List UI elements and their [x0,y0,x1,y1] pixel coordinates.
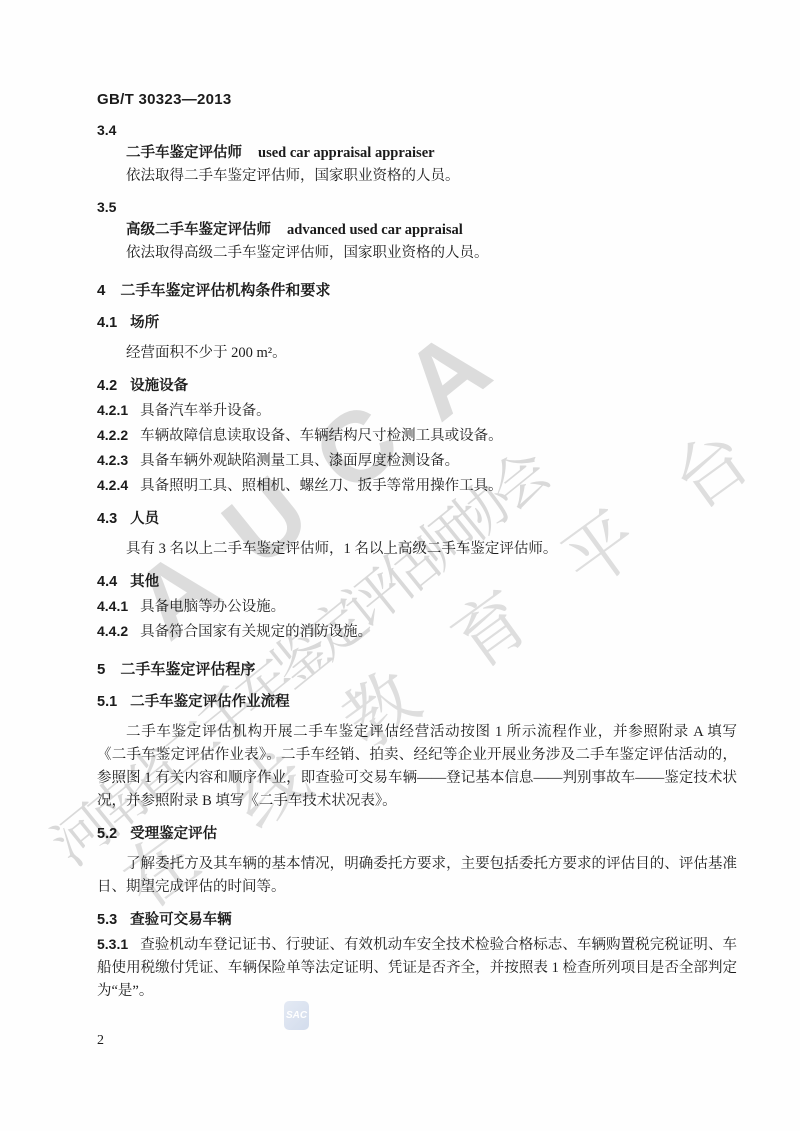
term: 高级二手车鉴定评估师advanced used car appraisal [126,219,737,242]
clause-text: 人员 [130,511,159,527]
clause-text: 具备车辆外观缺陷测量工具、漆面厚度检测设备。 [140,453,459,469]
document-blocks: 3.4二手车鉴定评估师used car appraisal appraiser依… [97,119,737,1003]
document-content: GB/T 30323—2013 3.4二手车鉴定评估师used car appr… [97,88,737,1003]
clause-4.2.3: 4.2.3具备车辆外观缺陷测量工具、漆面厚度检测设备。 [97,449,737,473]
clause-text: 具备照明工具、照相机、螺丝刀、扳手等常用操作工具。 [140,478,503,494]
clause-number: 4.4 [97,574,117,590]
clause-text: 场所 [130,315,159,331]
term: 二手车鉴定评估师used car appraisal appraiser [126,142,737,165]
clause-number: 4.2.1 [97,402,128,418]
clause-number: 3.4 [97,122,116,138]
clause-text: 其他 [130,574,159,590]
clause-text: 受理鉴定评估 [130,826,217,842]
clause-number: 4.4.2 [97,623,128,639]
clause-text: 设施设备 [130,378,188,394]
heading2-4.4: 4.4其他 [97,571,737,594]
paragraph: 二手车鉴定评估机构开展二手车鉴定评估经营活动按图 1 所示流程作业，并参照附录 … [97,721,737,813]
clause-4.2.4: 4.2.4具备照明工具、照相机、螺丝刀、扳手等常用操作工具。 [97,474,737,498]
clause-text: 依法取得二手车鉴定评估师，国家职业资格的人员。 [126,168,460,184]
standard-number-header: GB/T 30323—2013 [97,88,737,111]
clause-number: 4.2.3 [97,452,128,468]
term-en: used car appraisal appraiser [258,145,435,161]
clause-4.4.1: 4.4.1具备电脑等办公设施。 [97,595,737,619]
clause-number: 5.3 [97,912,117,928]
paragraph: 了解委托方及其车辆的基本情况，明确委托方要求，主要包括委托方要求的评估目的、评估… [97,853,737,899]
clause-num-3.4: 3.4 [97,119,737,142]
clause-text: 依法取得高级二手车鉴定评估师，国家职业资格的人员。 [126,245,489,261]
clause-number: 4.4.1 [97,598,128,614]
clause-text: 二手车鉴定评估机构条件和要求 [120,282,330,299]
clause-number: 5 [97,661,105,678]
clause-text: 二手车鉴定评估作业流程 [130,694,290,710]
paragraph: 经营面积不少于 200 m²。 [97,342,737,365]
heading2-4.2: 4.2设施设备 [97,375,737,398]
clause-number: 4.1 [97,315,117,331]
clause-num-3.5: 3.5 [97,196,737,219]
clause-number: 5.3.1 [97,936,128,952]
clause-text: 车辆故障信息读取设备、车辆结构尺寸检测工具或设备。 [140,428,503,444]
clause-text: 二手车鉴定评估机构开展二手车鉴定评估经营活动按图 1 所示流程作业，并参照附录 … [97,724,737,809]
clause-4.2.1: 4.2.1具备汽车举升设备。 [97,399,737,423]
definition: 依法取得二手车鉴定评估师，国家职业资格的人员。 [126,165,737,188]
definition: 依法取得高级二手车鉴定评估师，国家职业资格的人员。 [126,242,737,265]
term-zh: 高级二手车鉴定评估师 [126,222,271,238]
heading2-5.2: 5.2受理鉴定评估 [97,823,737,846]
sac-logo-icon: SAC [284,1001,309,1030]
clause-number: 4.3 [97,511,117,527]
document-page: 河南省二手车鉴定评估师协会 在线教育平台 AUCA GB/T 30323—201… [0,0,800,1131]
clause-text: 具备电脑等办公设施。 [140,599,285,615]
clause-number: 4.2.4 [97,477,128,493]
term-en: advanced used car appraisal [287,222,463,238]
clause-number: 4.2 [97,378,117,394]
clause-number: 4 [97,282,105,299]
clause-text: 具有 3 名以上二手车鉴定评估师，1 名以上高级二手车鉴定评估师。 [126,541,557,557]
paragraph: 具有 3 名以上二手车鉴定评估师，1 名以上高级二手车鉴定评估师。 [97,538,737,561]
clause-text: 查验机动车登记证书、行驶证、有效机动车安全技术检验合格标志、车辆购置税完税证明、… [97,937,737,999]
clause-text: 查验可交易车辆 [130,912,232,928]
clause-number: 5.2 [97,826,117,842]
clause-4.2.2: 4.2.2车辆故障信息读取设备、车辆结构尺寸检测工具或设备。 [97,424,737,448]
heading2-5.3: 5.3查验可交易车辆 [97,909,737,932]
clause-text: 经营面积不少于 200 m²。 [126,345,287,361]
clause-text: 具备符合国家有关规定的消防设施。 [140,624,372,640]
clause-text: 二手车鉴定评估程序 [120,661,255,678]
clause-text: 具备汽车举升设备。 [140,403,271,419]
heading2-4.3: 4.3人员 [97,508,737,531]
page-number: 2 [97,1033,104,1049]
heading1-4: 4二手车鉴定评估机构条件和要求 [97,279,737,302]
heading2-4.1: 4.1场所 [97,312,737,335]
clause-5.3.1: 5.3.1查验机动车登记证书、行驶证、有效机动车安全技术检验合格标志、车辆购置税… [97,933,737,1003]
term-zh: 二手车鉴定评估师 [126,145,242,161]
clause-number: 3.5 [97,199,116,215]
clause-number: 4.2.2 [97,427,128,443]
clause-text: 了解委托方及其车辆的基本情况，明确委托方要求，主要包括委托方要求的评估目的、评估… [97,856,737,895]
clause-number: 5.1 [97,694,117,710]
heading2-5.1: 5.1二手车鉴定评估作业流程 [97,691,737,714]
clause-4.4.2: 4.4.2具备符合国家有关规定的消防设施。 [97,620,737,644]
heading1-5: 5二手车鉴定评估程序 [97,658,737,681]
